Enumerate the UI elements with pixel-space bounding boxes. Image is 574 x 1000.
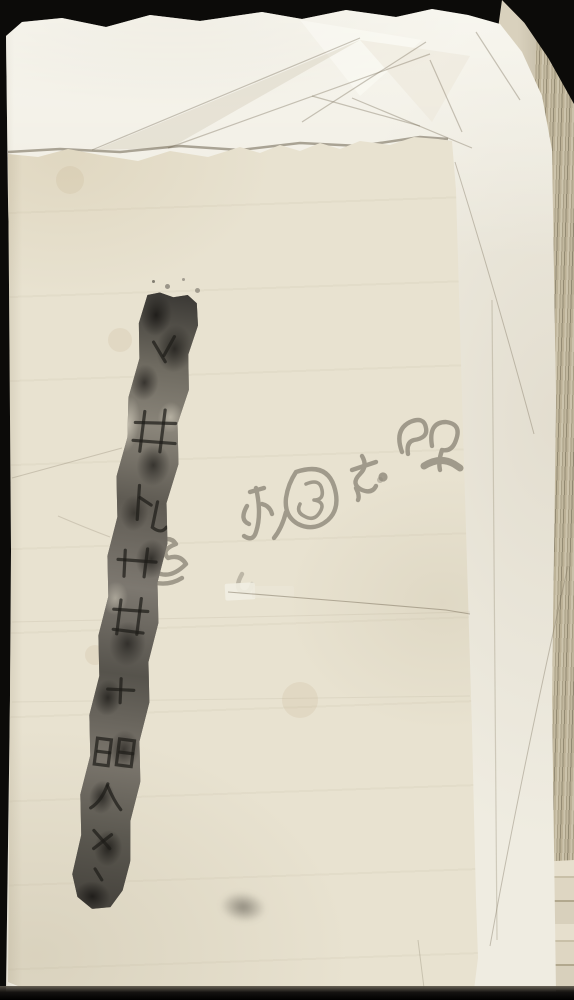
bottom-shadow-band [0,986,574,1000]
repair-crease [0,0,574,1000]
repair-patch [225,582,256,601]
photo-canvas: 温州市图书馆 [0,0,574,1000]
